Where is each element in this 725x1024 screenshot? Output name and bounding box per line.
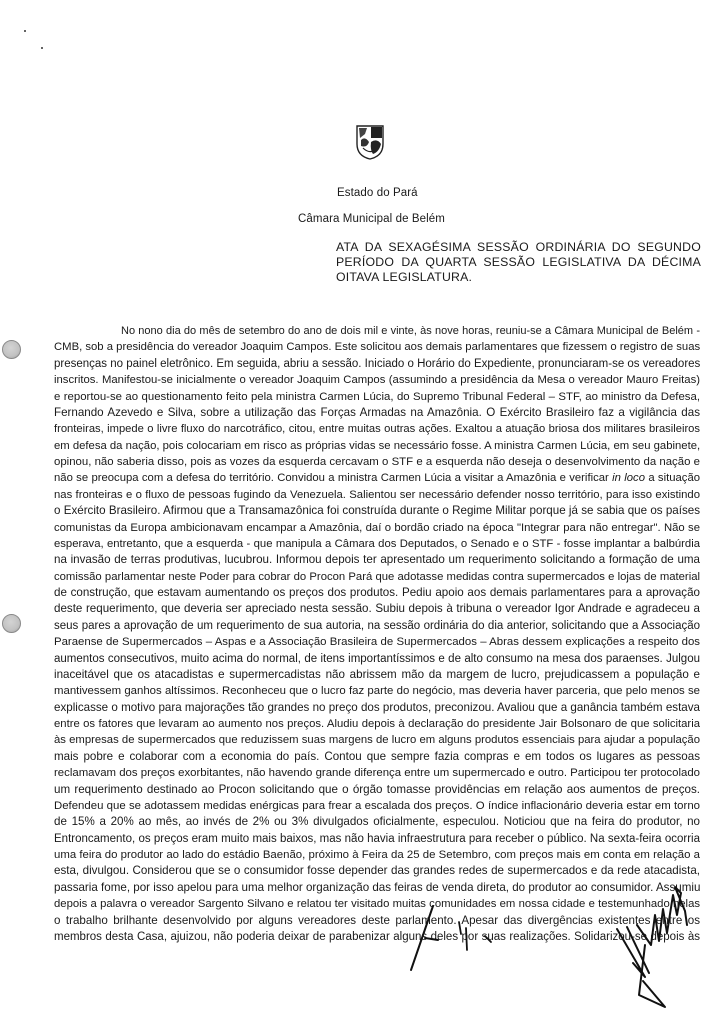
body-line: mantivessem ganhos altíssimos. Reconhece… [54,683,700,699]
italic-term: in loco [612,472,645,484]
body-line: o trabalho brilhante desenvolvido por al… [54,913,700,929]
body-line: e reportou-se ao questionamento feito pe… [54,389,700,405]
body-line: passaria fome, por isso apelou para uma … [54,880,700,896]
punch-hole [2,614,21,633]
body-line: reclamavam dos preços exorbitantes, não … [54,765,700,781]
body-line: CMB, sob a presidência do vereador Joaqu… [54,339,700,355]
body-line: um requerimento destinado ao Procon soli… [54,782,700,798]
body-line: comissão parlamentar neste Poder para co… [54,569,700,585]
body-line: aumentos consecutivos, muito acima do no… [54,651,700,667]
body-line: depois a palavra o vereador Sargento Sil… [54,896,700,912]
title-line: PERÍODO DA QUARTA SESSÃO LEGISLATIVA DA … [336,255,701,270]
body-line: explicasse o motivo para majorações tão … [54,700,700,716]
coat-of-arms-icon [355,124,385,160]
body-line: deste requerimento, que deveria ser apre… [54,601,700,617]
chamber-name: Câmara Municipal de Belém [298,213,445,225]
body-line: o Exército Brasileiro. Afirmou que a Tra… [54,503,700,519]
scan-speck [24,30,26,32]
body-line: Paraense de Supermercados – Aspas e a As… [54,634,700,650]
body-line: de construção, que estavam aumentando os… [54,585,700,601]
body-line: opinou, não saberia disso, pois as vozes… [54,454,700,470]
body-line: esta, divulgou. Considerou que se o cons… [54,863,700,879]
initials-signature-icon [405,900,525,990]
punch-hole [2,340,21,359]
body-line: nas fronteiras e o fluxo de pessoas fugi… [54,487,700,503]
body-line: seus pares a aprovação de um requeriment… [54,618,700,634]
body-line: inaceitável que os atacadistas e superme… [54,667,700,683]
body-line: esperava, entretanto, que a esquerda - q… [54,536,700,552]
body-line: uma feira do produtor ao lado do estádio… [54,847,700,863]
body-line: presenças no painel eletrônico. Em segui… [54,356,700,372]
title-line: ATA DA SEXAGÉSIMA SESSÃO ORDINÁRIA DO SE… [336,240,701,255]
body-line: de 15% a 20% ao mês, ao invés de 2% ou 3… [54,814,700,830]
body-line: mais pobre e colaborar com a economia do… [54,749,700,765]
scan-speck [41,47,43,49]
body-line: em defesa da nação, pois colocariam em r… [54,438,700,454]
body-line: inscritos. Manifestou-se inicialmente o … [54,372,700,388]
body-line: Defendeu que se adotassem medidas enérgi… [54,798,700,814]
body-line: entre os fatores que levaram ao aumento … [54,716,700,732]
signature-icon [615,885,695,1010]
body-line: comunistas da Europa ambicionavam encamp… [54,520,700,536]
body-line: às empresas de supermercados que reduzis… [54,732,700,748]
document-title: ATA DA SEXAGÉSIMA SESSÃO ORDINÁRIA DO SE… [336,240,701,285]
body-line: não se preocupa com a defesa do territór… [54,470,700,486]
minutes-body: No nono dia do mês de setembro do ano de… [54,323,700,945]
document-page: Estado do Pará Câmara Municipal de Belém… [0,0,725,1024]
body-line: na invasão de terras produtivas, lucubro… [54,552,700,568]
state-name: Estado do Pará [337,187,418,199]
body-line: No nono dia do mês de setembro do ano de… [54,323,700,339]
body-line: fronteiras, impede o livre fluxo do narc… [54,421,700,437]
title-line: OITAVA LEGISLATURA. [336,270,701,285]
body-line: Entroncamento, os preços eram muito mais… [54,831,700,847]
body-line: membros desta Casa, ajuizou, não poderia… [54,929,700,945]
body-line: Fernando Azevedo e Silva, sobre a utiliz… [54,405,700,421]
